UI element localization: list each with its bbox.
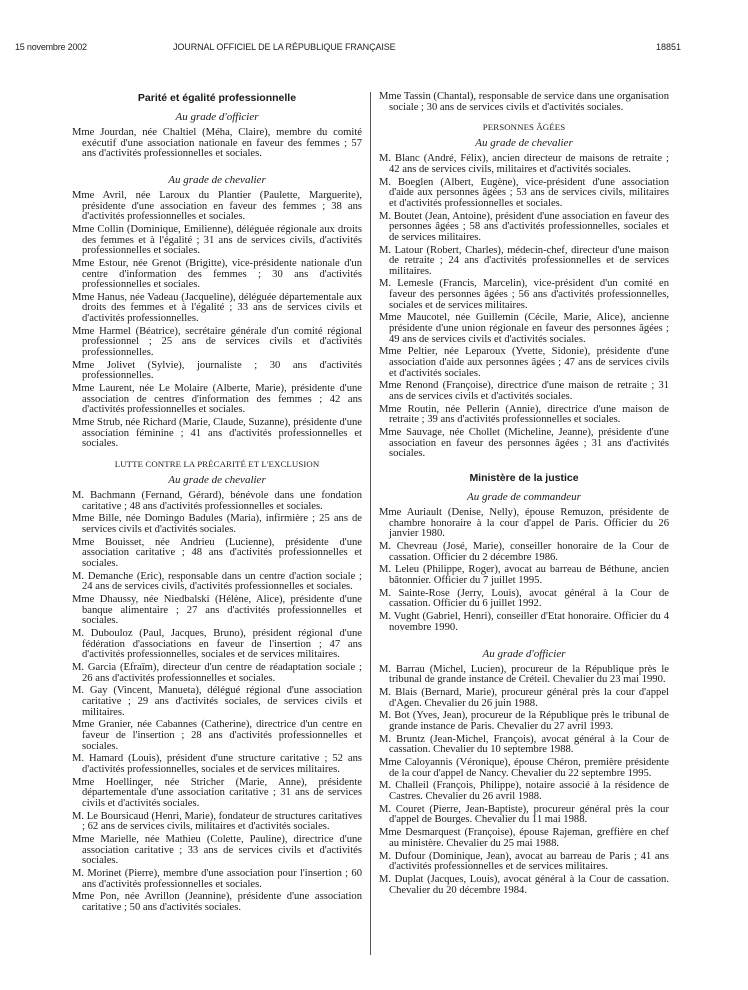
- list-item: M. Chevreau (José, Marie), conseiller ho…: [379, 542, 669, 563]
- list-item: M. Leleu (Philippe, Roger), avocat au ba…: [379, 565, 669, 586]
- list-item: Mme Desmarquest (Françoise), épouse Raje…: [379, 828, 669, 849]
- list-item: Mme Hoellinger, née Stricher (Marie, Ann…: [72, 778, 362, 810]
- issue-date: 15 novembre 2002: [15, 42, 87, 52]
- list-item: Mme Avril, née Laroux du Plantier (Paule…: [72, 191, 362, 223]
- list-item: Mme Granier, née Cabannes (Catherine), d…: [72, 720, 362, 752]
- list-item: M. Bruntz (Jean-Michel, François), avoca…: [379, 735, 669, 756]
- list-item: M. Le Boursicaud (Henri, Marie), fondate…: [72, 812, 362, 833]
- list-item: M. Vught (Gabriel, Henri), conseiller d'…: [379, 612, 669, 633]
- journal-title: JOURNAL OFFICIEL DE LA RÉPUBLIQUE FRANÇA…: [173, 42, 396, 52]
- entries-continued: Mme Tassin (Chantal), responsable de ser…: [379, 92, 669, 113]
- left-column: Parité et égalité professionnelle Au gra…: [72, 90, 362, 916]
- list-item: Mme Bouisset, née Andrieu (Lucienne), pr…: [72, 538, 362, 570]
- list-item: M. Sainte-Rose (Jerry, Louis), avocat gé…: [379, 589, 669, 610]
- entries-justice-officier: M. Barrau (Michel, Lucien), procureur de…: [379, 665, 669, 897]
- list-item: Mme Caloyannis (Véronique), épouse Chéro…: [379, 758, 669, 779]
- list-item: Mme Peltier, née Leparoux (Yvette, Sidon…: [379, 347, 669, 379]
- list-item: M. Hamard (Louis), président d'une struc…: [72, 754, 362, 775]
- list-item: M. Boeglen (Albert, Eugène), vice-présid…: [379, 178, 669, 210]
- entries-precarite-chevalier: M. Bachmann (Fernand, Gérard), bénévole …: [72, 491, 362, 914]
- section-title-precarite: LUTTE CONTRE LA PRÉCARITÉ ET L'EXCLUSION: [72, 458, 362, 470]
- list-item: M. Challeil (François, Philippe), notair…: [379, 781, 669, 802]
- list-item: Mme Pon, née Avrillon (Jeannine), présid…: [72, 892, 362, 913]
- list-item: Mme Estour, née Grenot (Brigitte), vice-…: [72, 259, 362, 291]
- list-item: Mme Routin, née Pellerin (Annie), direct…: [379, 405, 669, 426]
- list-item: M. Garcia (Efraïm), directeur d'un centr…: [72, 663, 362, 684]
- list-item: Mme Hanus, née Vadeau (Jacqueline), délé…: [72, 293, 362, 325]
- list-item: Mme Dhaussy, née Niedbalski (Hélène, Ali…: [72, 595, 362, 627]
- section-title-parite: Parité et égalité professionnelle: [72, 92, 362, 105]
- list-item: Mme Harmel (Béatrice), secrétaire généra…: [72, 327, 362, 359]
- grade-heading-chevalier: Au grade de chevalier: [379, 137, 669, 149]
- list-item: Mme Maucotel, née Guillemin (Cécile, Mar…: [379, 313, 669, 345]
- list-item: M. Bot (Yves, Jean), procureur de la Rép…: [379, 711, 669, 732]
- column-divider: [370, 92, 371, 955]
- page-header: 15 novembre 2002 JOURNAL OFFICIEL DE LA …: [15, 42, 748, 56]
- entries-parite-chevalier: Mme Avril, née Laroux du Plantier (Paule…: [72, 191, 362, 450]
- entries-justice-commandeur: Mme Auriault (Denise, Nelly), épouse Rem…: [379, 508, 669, 633]
- section-title-personnes-agees: PERSONNES ÂGÉES: [379, 121, 669, 133]
- list-item: M. Duplat (Jacques, Louis), avocat génér…: [379, 875, 669, 896]
- section-title-justice: Ministère de la justice: [379, 472, 669, 485]
- list-item: M. Gay (Vincent, Manueta), délégué régio…: [72, 686, 362, 718]
- list-item: Mme Marielle, née Mathieu (Colette, Paul…: [72, 835, 362, 867]
- list-item: Mme Jolivet (Sylvie), journaliste ; 30 a…: [72, 361, 362, 382]
- list-item: M. Boutet (Jean, Antoine), président d'u…: [379, 212, 669, 244]
- list-item: Mme Laurent, née Le Molaire (Alberte, Ma…: [72, 384, 362, 416]
- entries-personnes-agees: M. Blanc (André, Félix), ancien directeu…: [379, 154, 669, 460]
- entries-parite-officier: Mme Jourdan, née Chaltiel (Méha, Claire)…: [72, 128, 362, 160]
- page-number: 18851: [656, 42, 681, 52]
- list-item: Mme Auriault (Denise, Nelly), épouse Rem…: [379, 508, 669, 540]
- list-item: Mme Collin (Dominique, Emilienne), délég…: [72, 225, 362, 257]
- list-item: Mme Jourdan, née Chaltiel (Méha, Claire)…: [72, 128, 362, 160]
- list-item: Mme Tassin (Chantal), responsable de ser…: [379, 92, 669, 113]
- list-item: M. Couret (Pierre, Jean-Baptiste), procu…: [379, 805, 669, 826]
- grade-heading-officier: Au grade d'officier: [379, 648, 669, 660]
- list-item: M. Blais (Bernard, Marie), procureur gén…: [379, 688, 669, 709]
- grade-heading-chevalier: Au grade de chevalier: [72, 474, 362, 486]
- list-item: M. Demanche (Eric), responsable dans un …: [72, 572, 362, 593]
- right-column: Mme Tassin (Chantal), responsable de ser…: [379, 92, 669, 898]
- list-item: M. Bachmann (Fernand, Gérard), bénévole …: [72, 491, 362, 512]
- list-item: M. Dubouloz (Paul, Jacques, Bruno), prés…: [72, 629, 362, 661]
- list-item: M. Latour (Robert, Charles), médecin-che…: [379, 246, 669, 278]
- list-item: M. Lemesle (Francis, Marcelin), vice-pré…: [379, 279, 669, 311]
- grade-heading-commandeur: Au grade de commandeur: [379, 491, 669, 503]
- list-item: Mme Strub, née Richard (Marie, Claude, S…: [72, 418, 362, 450]
- grade-heading-chevalier: Au grade de chevalier: [72, 174, 362, 186]
- list-item: M. Morinet (Pierre), membre d'une associ…: [72, 869, 362, 890]
- list-item: M. Barrau (Michel, Lucien), procureur de…: [379, 665, 669, 686]
- list-item: Mme Sauvage, née Chollet (Micheline, Jea…: [379, 428, 669, 460]
- list-item: M. Blanc (André, Félix), ancien directeu…: [379, 154, 669, 175]
- list-item: Mme Bille, née Domingo Badules (Maria), …: [72, 514, 362, 535]
- grade-heading-officier: Au grade d'officier: [72, 111, 362, 123]
- list-item: M. Dufour (Dominique, Jean), avocat au b…: [379, 852, 669, 873]
- list-item: Mme Renond (Françoise), directrice d'une…: [379, 381, 669, 402]
